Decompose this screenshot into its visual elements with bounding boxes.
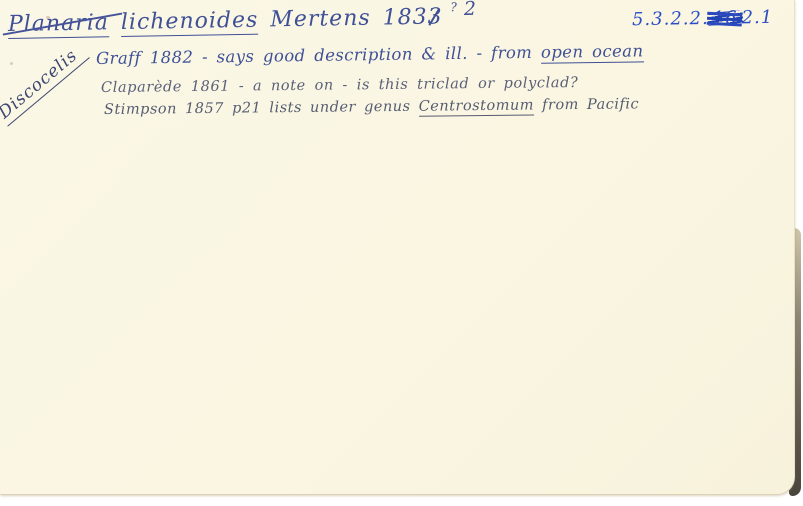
note-line-graff: Graff 1882 - says good description & ill… [96, 41, 644, 68]
note-text: from Pacific [534, 96, 639, 113]
genus-name-crossed-out: Planaria [8, 10, 109, 39]
query-mark: ? [450, 0, 458, 14]
struck-year-digit: 3 [427, 4, 442, 29]
note-line-stimpson: Stimpson 1857 p21 lists under genus Cent… [104, 96, 639, 118]
index-card: Planaria lichenoides Mertens 1833?2 5.3.… [0, 0, 795, 495]
paper-speck [10, 62, 13, 65]
note-line-claparede: Claparède 1861 - a note on - is this tri… [101, 75, 578, 96]
underlined-genus: Centrostomum [419, 97, 535, 116]
note-text: Stimpson 1857 p21 lists under genus [104, 99, 419, 118]
author-citation: Mertens 183 [270, 5, 428, 33]
species-title-line: Planaria lichenoides Mertens 1833?2 [8, 4, 478, 39]
note-text: Graff 1882 - says good description & ill… [96, 43, 541, 68]
underlined-phrase: open ocean [541, 41, 644, 63]
species-epithet: lichenoides [121, 8, 259, 37]
catalog-number: 5.3.2.2.162.1 [632, 7, 774, 30]
year-correction: 2 [464, 0, 477, 20]
catalog-suffix: 2.1 [741, 7, 773, 29]
margin-genus-label: Discocelis [0, 40, 90, 126]
scribbled-out-number: 16 [711, 7, 740, 29]
note-text: Claparède 1861 - a note on - is this tri… [101, 75, 578, 96]
catalog-prefix: 5.3.2.2. [632, 8, 709, 30]
